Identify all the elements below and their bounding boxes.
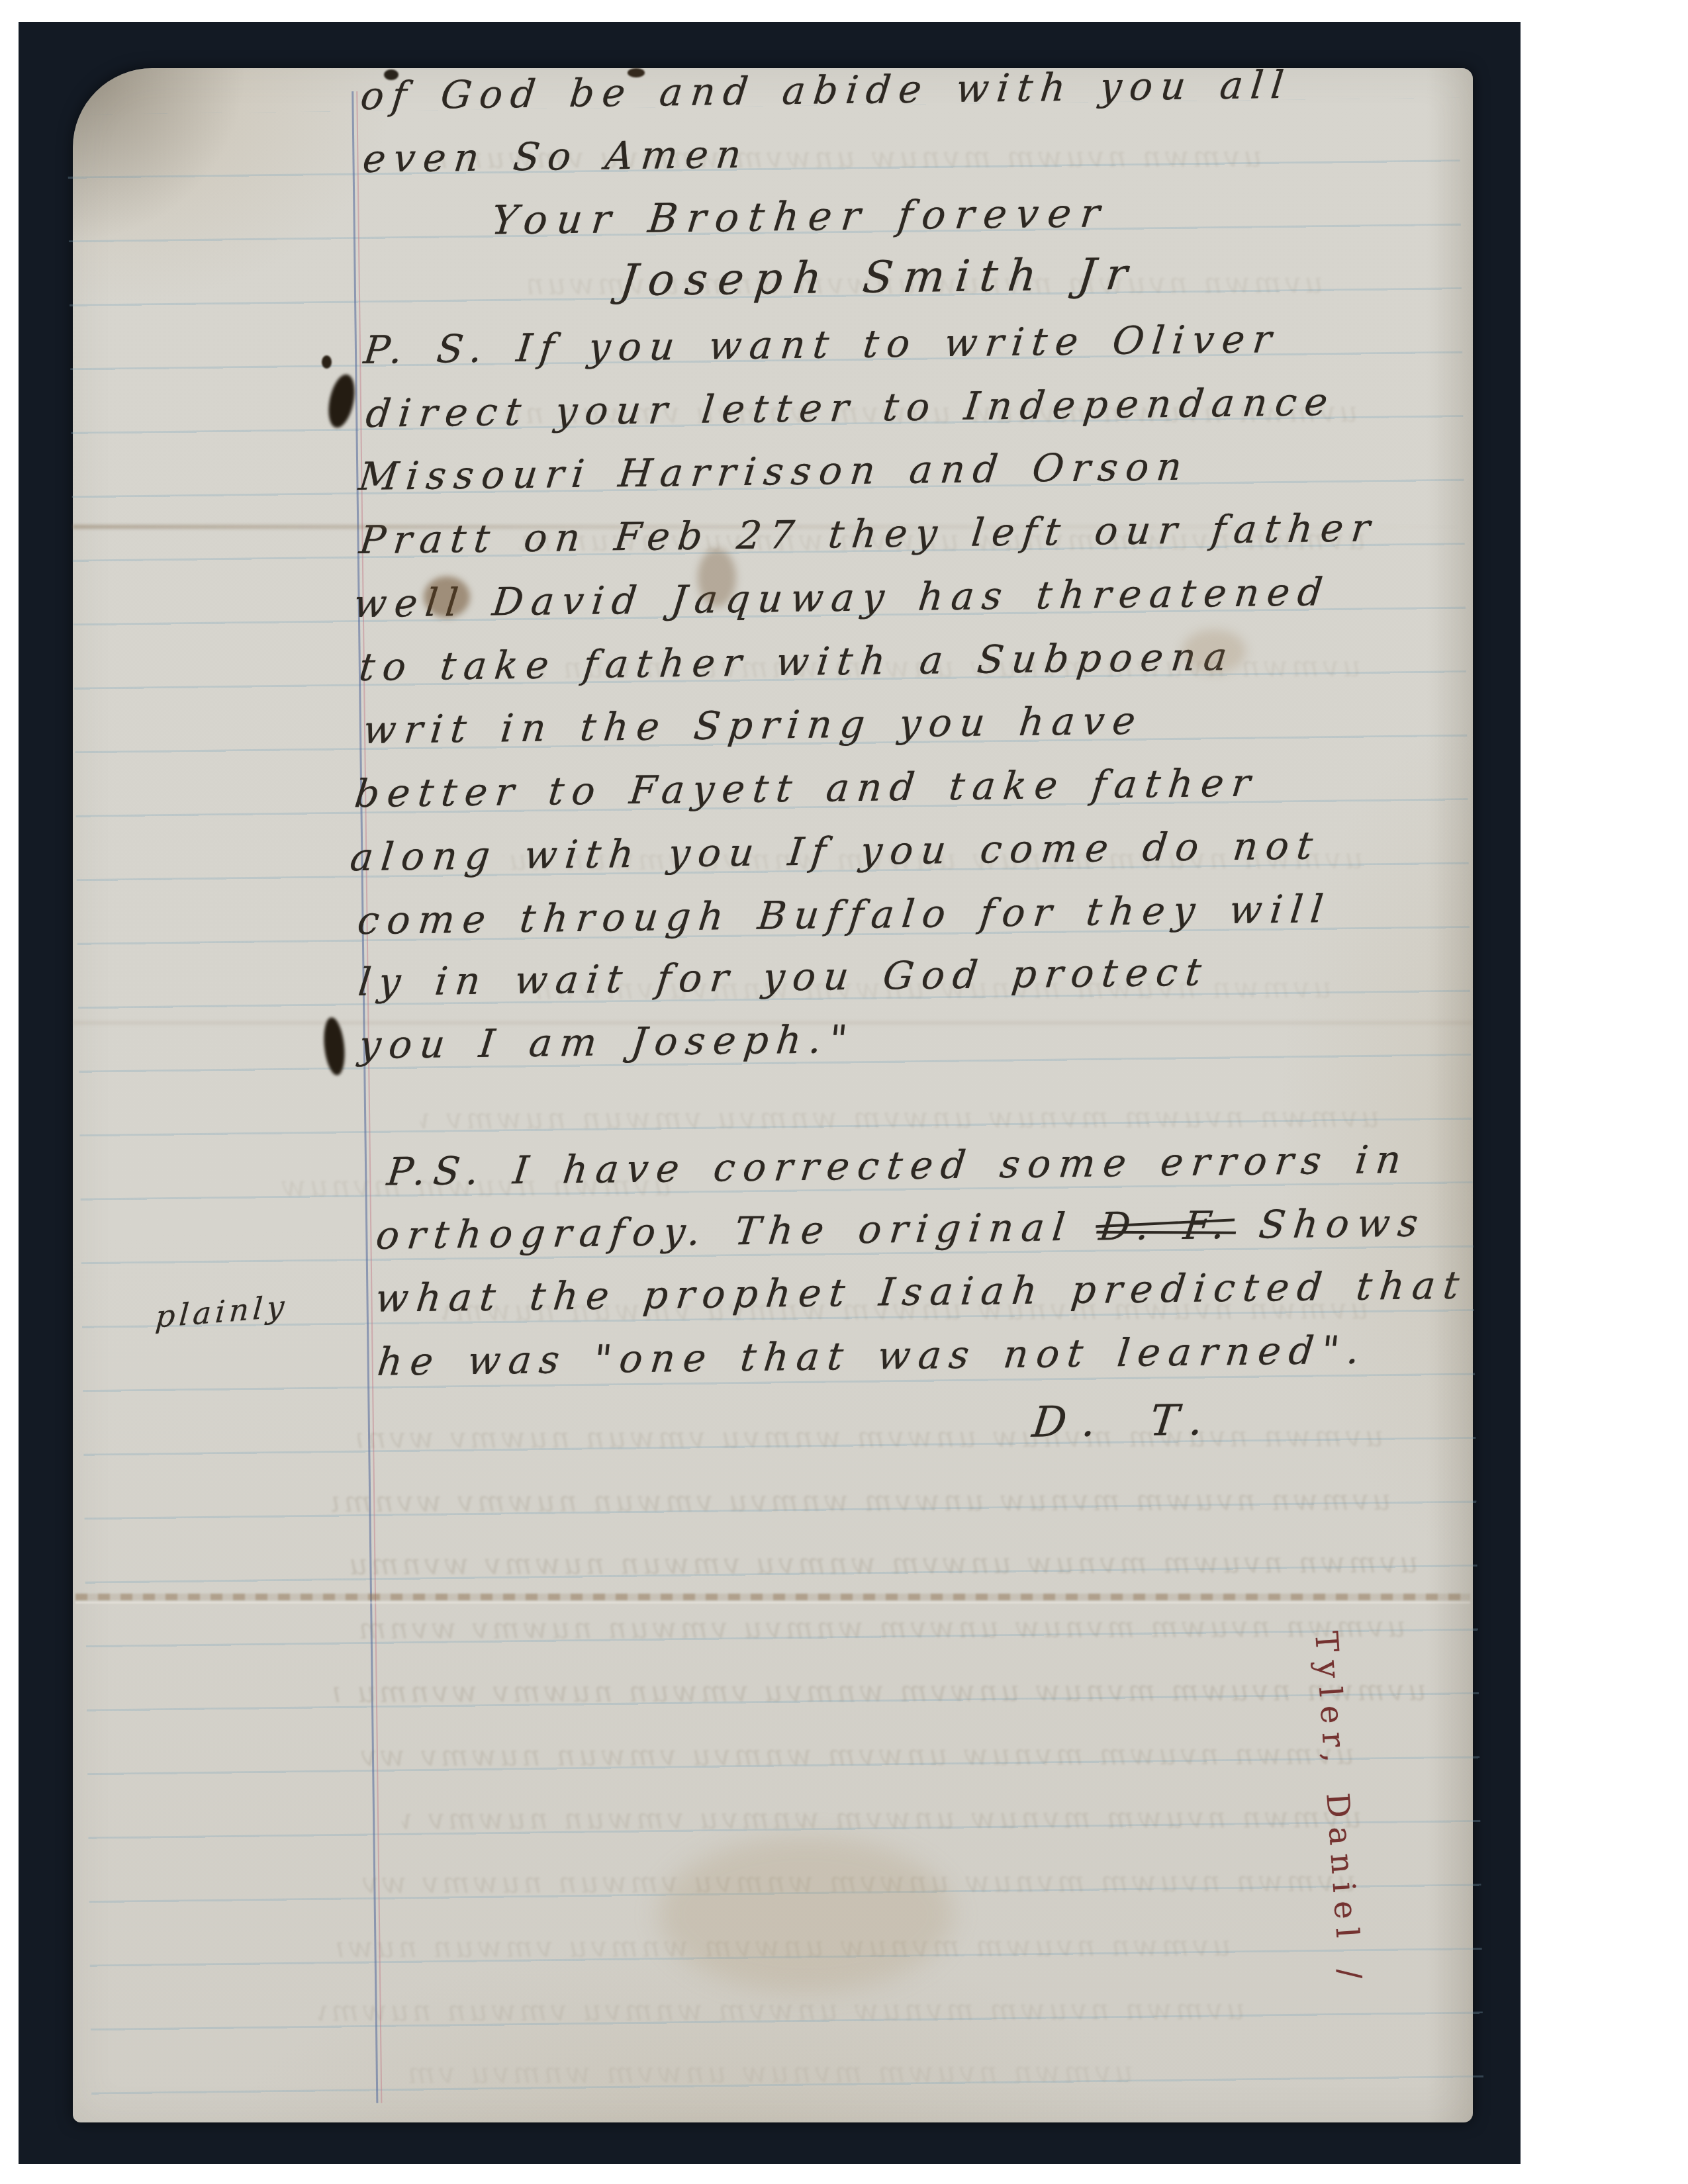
letter-line: well David Jaquway has threatened bbox=[352, 572, 1332, 623]
bleed-through-line: uvmwn nvuwm mvnuw unwvm wnmvu vmwun nuwm… bbox=[332, 1486, 1391, 1517]
letter-line: writ in the Spring you have bbox=[361, 702, 1145, 749]
bleed-through-line: uvmwn nvuwm mvnuw unwvm wnmvu vmwun nuwm… bbox=[360, 1613, 1406, 1644]
postscript2-line2-post: Shows bbox=[1230, 1200, 1428, 1248]
signature-line: Joseph Smith Jr bbox=[618, 253, 1140, 303]
bleed-through-line: uvmwn nvuwm mvnuw unwvm wnmvu vmwun nuwm… bbox=[346, 1549, 1418, 1580]
valediction-line: Your Brother forever bbox=[489, 193, 1111, 240]
scanner-mat-background: uvmwn nvuwm mvnuw unwvm wnmvu vmwun nuwm… bbox=[19, 22, 1521, 2164]
letter-line: along with you If you come do not bbox=[348, 826, 1323, 876]
letter-line: ly in wait for you God protect bbox=[356, 952, 1211, 1001]
letter-line: better to Fayett and take father bbox=[353, 763, 1260, 813]
postscript2-line2-pre: orthografoy. The original bbox=[374, 1204, 1102, 1257]
struck-initials: D. F. bbox=[1098, 1206, 1235, 1246]
initials-line: D. T. bbox=[1030, 1399, 1222, 1444]
bleed-through-line: uvmwn nvuwm mvnuw unwvm wnmvu vmwun nuwm… bbox=[361, 1741, 1354, 1772]
bleed-through-line: uvmwn nvuwm mvnuw unwvm wnmvu vmwun nuwm… bbox=[334, 1676, 1427, 1707]
letter-line: P. S. If you want to write Oliver bbox=[362, 320, 1282, 369]
letter-line: Pratt on Feb 27 they left our father bbox=[357, 508, 1380, 559]
ruled-content: uvmwn nvuwm mvnuw unwvm wnmvu vmwun nuwm… bbox=[63, 58, 1488, 2130]
letter-line: even So Amen bbox=[361, 135, 751, 178]
postscript2-line: orthografoy. The original D. F. Shows bbox=[374, 1203, 1428, 1254]
letter-sheet: uvmwn nvuwm mvnuw unwvm wnmvu vmwun nuwm… bbox=[73, 68, 1473, 2122]
letter-line: direct your letter to Independance bbox=[364, 383, 1338, 433]
bleed-through-line: uvmwn nvuwm mvnuw unwvm wnmvu vmwun nuwm… bbox=[420, 1103, 1380, 1134]
letter-line: you I am Joseph." bbox=[357, 1020, 857, 1064]
postscript2-line: he was "one that was not learned". bbox=[375, 1330, 1369, 1381]
letter-line: of God be and abide with you all bbox=[359, 66, 1293, 115]
letter-line: Missouri Harrisson and Orson bbox=[357, 447, 1192, 496]
bleed-through-line: uvmwn nvuwm mvnuw unwvm wnmvu vmwun nuwm… bbox=[318, 1995, 1245, 2026]
bleed-through-line: uvmwn nvuwm mvnuw unwvm wnmvu vmwun nuwm… bbox=[357, 1422, 1383, 1453]
bleed-through-line: uvmwn nvuwm mvnuw unwvm wnmvu vmwun nuwm… bbox=[337, 1932, 1231, 1962]
scanned-letter-page: uvmwn nvuwm mvnuw unwvm wnmvu vmwun nuwm… bbox=[0, 0, 1688, 2184]
bleed-through-line: uvmwn nvuwm mvnuw unwvm wnmvu vmwun nuwm… bbox=[402, 1803, 1362, 1835]
bleed-through-line: uvmwn nvuwm mvnuw unwvm wnmvu vmwun nuwm… bbox=[363, 1868, 1356, 1899]
letter-line: to take father with a Subpoena bbox=[357, 637, 1237, 686]
bleed-through-line: uvmwn nvuwm mvnuw unwvm wnmvu vmwun nuwm… bbox=[405, 2058, 1133, 2089]
letter-line: come through Buffalo for they will bbox=[355, 889, 1333, 940]
postscript2-line: P.S. I have corrected some errors in bbox=[385, 1140, 1411, 1191]
